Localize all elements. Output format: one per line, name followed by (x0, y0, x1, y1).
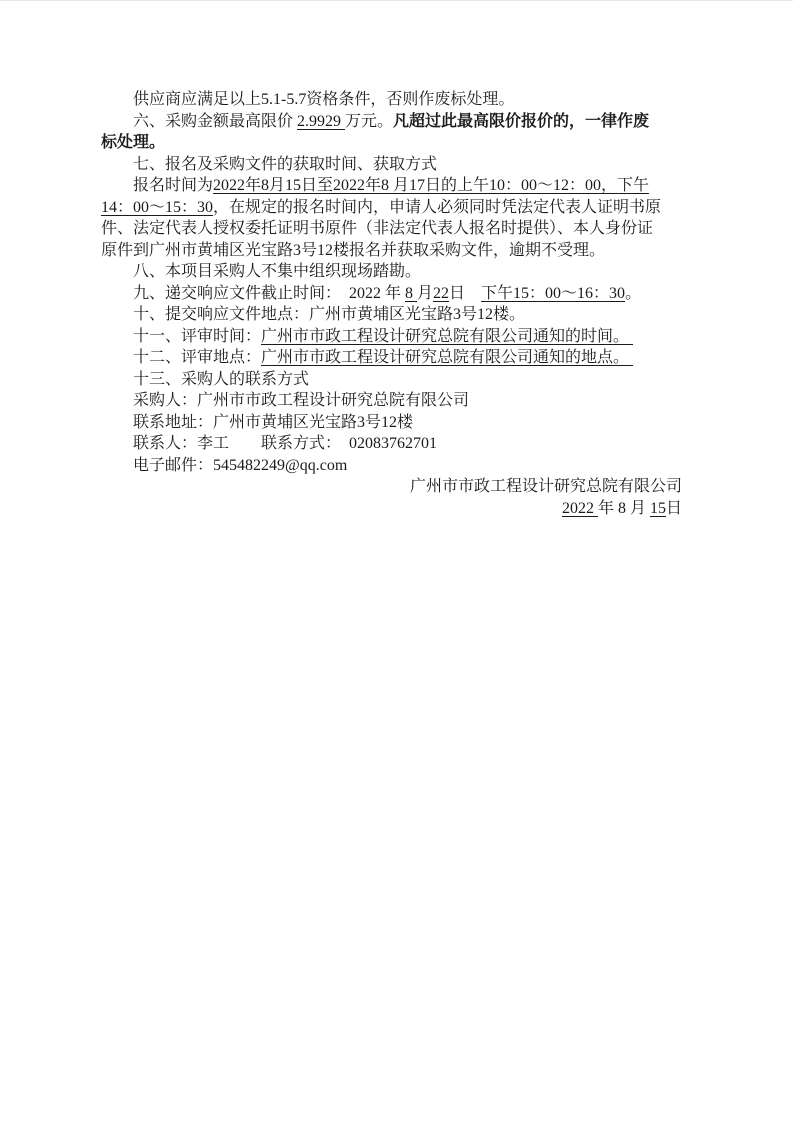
document-line: 原件到广州市黄埔区光宝路3号12楼报名并获取采购文件，逾期不受理。 (101, 240, 690, 262)
document-line: 联系地址：广州市黄埔区光宝路3号12楼 (101, 412, 690, 434)
document-line: 采购人：广州市市政工程设计研究总院有限公司 (101, 390, 690, 412)
text-run: 十一、评审时间： (133, 328, 261, 345)
document-page: 供应商应满足以上5.1-5.7资格条件，否则作废标处理。六、采购金额最高限价 2… (0, 0, 793, 1122)
text-run: 供应商应满足以上5.1-5.7资格条件，否则作废标处理。 (133, 91, 514, 108)
document-line: 电子邮件：545482249@qq.com (101, 455, 690, 477)
document-line: 九、递交响应文件截止时间： 2022 年 8 月22日 下午15：00～16：3… (101, 283, 690, 305)
bold-text: 凡超过此最高限价报价的，一律作废 (393, 113, 649, 130)
text-run: 原件到广州市黄埔区光宝路3号12楼报名并获取采购文件，逾期不受理。 (101, 242, 605, 259)
text-run: 联系地址：广州市黄埔区光宝路3号12楼 (133, 414, 413, 431)
underlined-text: 2022 (562, 500, 598, 517)
document-line: 件、法定代表人授权委托证明书原件（非法定代表人报名时提供）、本人身份证 (101, 218, 690, 240)
text-run: 六、采购金额最高限价 (133, 113, 297, 130)
document-line: 14：00～15：30，在规定的报名时间内，申请人必须同时凭法定代表人证明书原 (101, 197, 690, 219)
document-line: 七、报名及采购文件的获取时间、获取方式 (101, 154, 690, 176)
text-run: 九、递交响应文件截止时间： 2022 年 (133, 285, 405, 302)
document-line: 六、采购金额最高限价 2.9929 万元。凡超过此最高限价报价的，一律作废 (101, 111, 690, 133)
text-run: 。 (625, 285, 641, 302)
document-line: 联系人：李工 联系方式： 02083762701 (101, 433, 690, 455)
document-line: 十三、采购人的联系方式 (101, 369, 690, 391)
text-run: 件、法定代表人授权委托证明书原件（非法定代表人报名时提供）、本人身份证 (101, 220, 653, 237)
underlined-text: 下午15：00～16：30 (481, 285, 625, 302)
document-line: 十、提交响应文件地点：广州市黄埔区光宝路3号12楼。 (101, 304, 690, 326)
text-run: 十三、采购人的联系方式 (133, 371, 309, 388)
underlined-text: 2022年8月15日至2022年8 月17日的上午10：00～12：00，下午 (213, 177, 649, 194)
document-line: 2022 年 8 月 15日 (101, 498, 690, 520)
text-run: 十、提交响应文件地点：广州市黄埔区光宝路3号12楼。 (133, 306, 525, 323)
underlined-text: 广州市市政工程设计研究总院有限公司通知的时间。 (261, 328, 633, 345)
text-run: 十二、评审地点： (133, 349, 261, 366)
text-run: 万元。 (345, 113, 393, 130)
document-content: 供应商应满足以上5.1-5.7资格条件，否则作废标处理。六、采购金额最高限价 2… (101, 89, 690, 519)
text-run: 联系人：李工 联系方式： 02083762701 (133, 435, 437, 452)
underlined-text: 广州市市政工程设计研究总院有限公司通知的地点。 (261, 349, 633, 366)
document-line: 八、本项目采购人不集中组织现场踏勘。 (101, 261, 690, 283)
text-run: 报名时间为 (133, 177, 213, 194)
document-line: 供应商应满足以上5.1-5.7资格条件，否则作废标处理。 (101, 89, 690, 111)
underlined-text: 8 (405, 285, 417, 302)
text-run: 月 (417, 285, 433, 302)
document-line: 广州市市政工程设计研究总院有限公司 (101, 476, 690, 498)
document-line: 报名时间为2022年8月15日至2022年8 月17日的上午10：00～12：0… (101, 175, 690, 197)
text-run: 广州市市政工程设计研究总院有限公司 (410, 478, 682, 495)
text-run: 八、本项目采购人不集中组织现场踏勘。 (133, 263, 421, 280)
text-run: 日 (449, 285, 481, 302)
document-line: 十一、评审时间：广州市市政工程设计研究总院有限公司通知的时间。 (101, 326, 690, 348)
bold-text: 标处理。 (101, 134, 165, 151)
underlined-text: 2.9929 (297, 113, 345, 130)
document-line: 标处理。 (101, 132, 690, 154)
underlined-text: 14：00～15：30 (101, 199, 213, 216)
text-run: 年 8 月 (598, 500, 650, 517)
text-run: 七、报名及采购文件的获取时间、获取方式 (133, 156, 437, 173)
text-run: 日 (666, 500, 682, 517)
document-line: 十二、评审地点：广州市市政工程设计研究总院有限公司通知的地点。 (101, 347, 690, 369)
underlined-text: 15 (650, 500, 666, 517)
underlined-text: 22 (433, 285, 449, 302)
text-run: 采购人：广州市市政工程设计研究总院有限公司 (133, 392, 469, 409)
text-run: ，在规定的报名时间内，申请人必须同时凭法定代表人证明书原 (213, 199, 661, 216)
text-run: 电子邮件：545482249@qq.com (133, 457, 347, 474)
